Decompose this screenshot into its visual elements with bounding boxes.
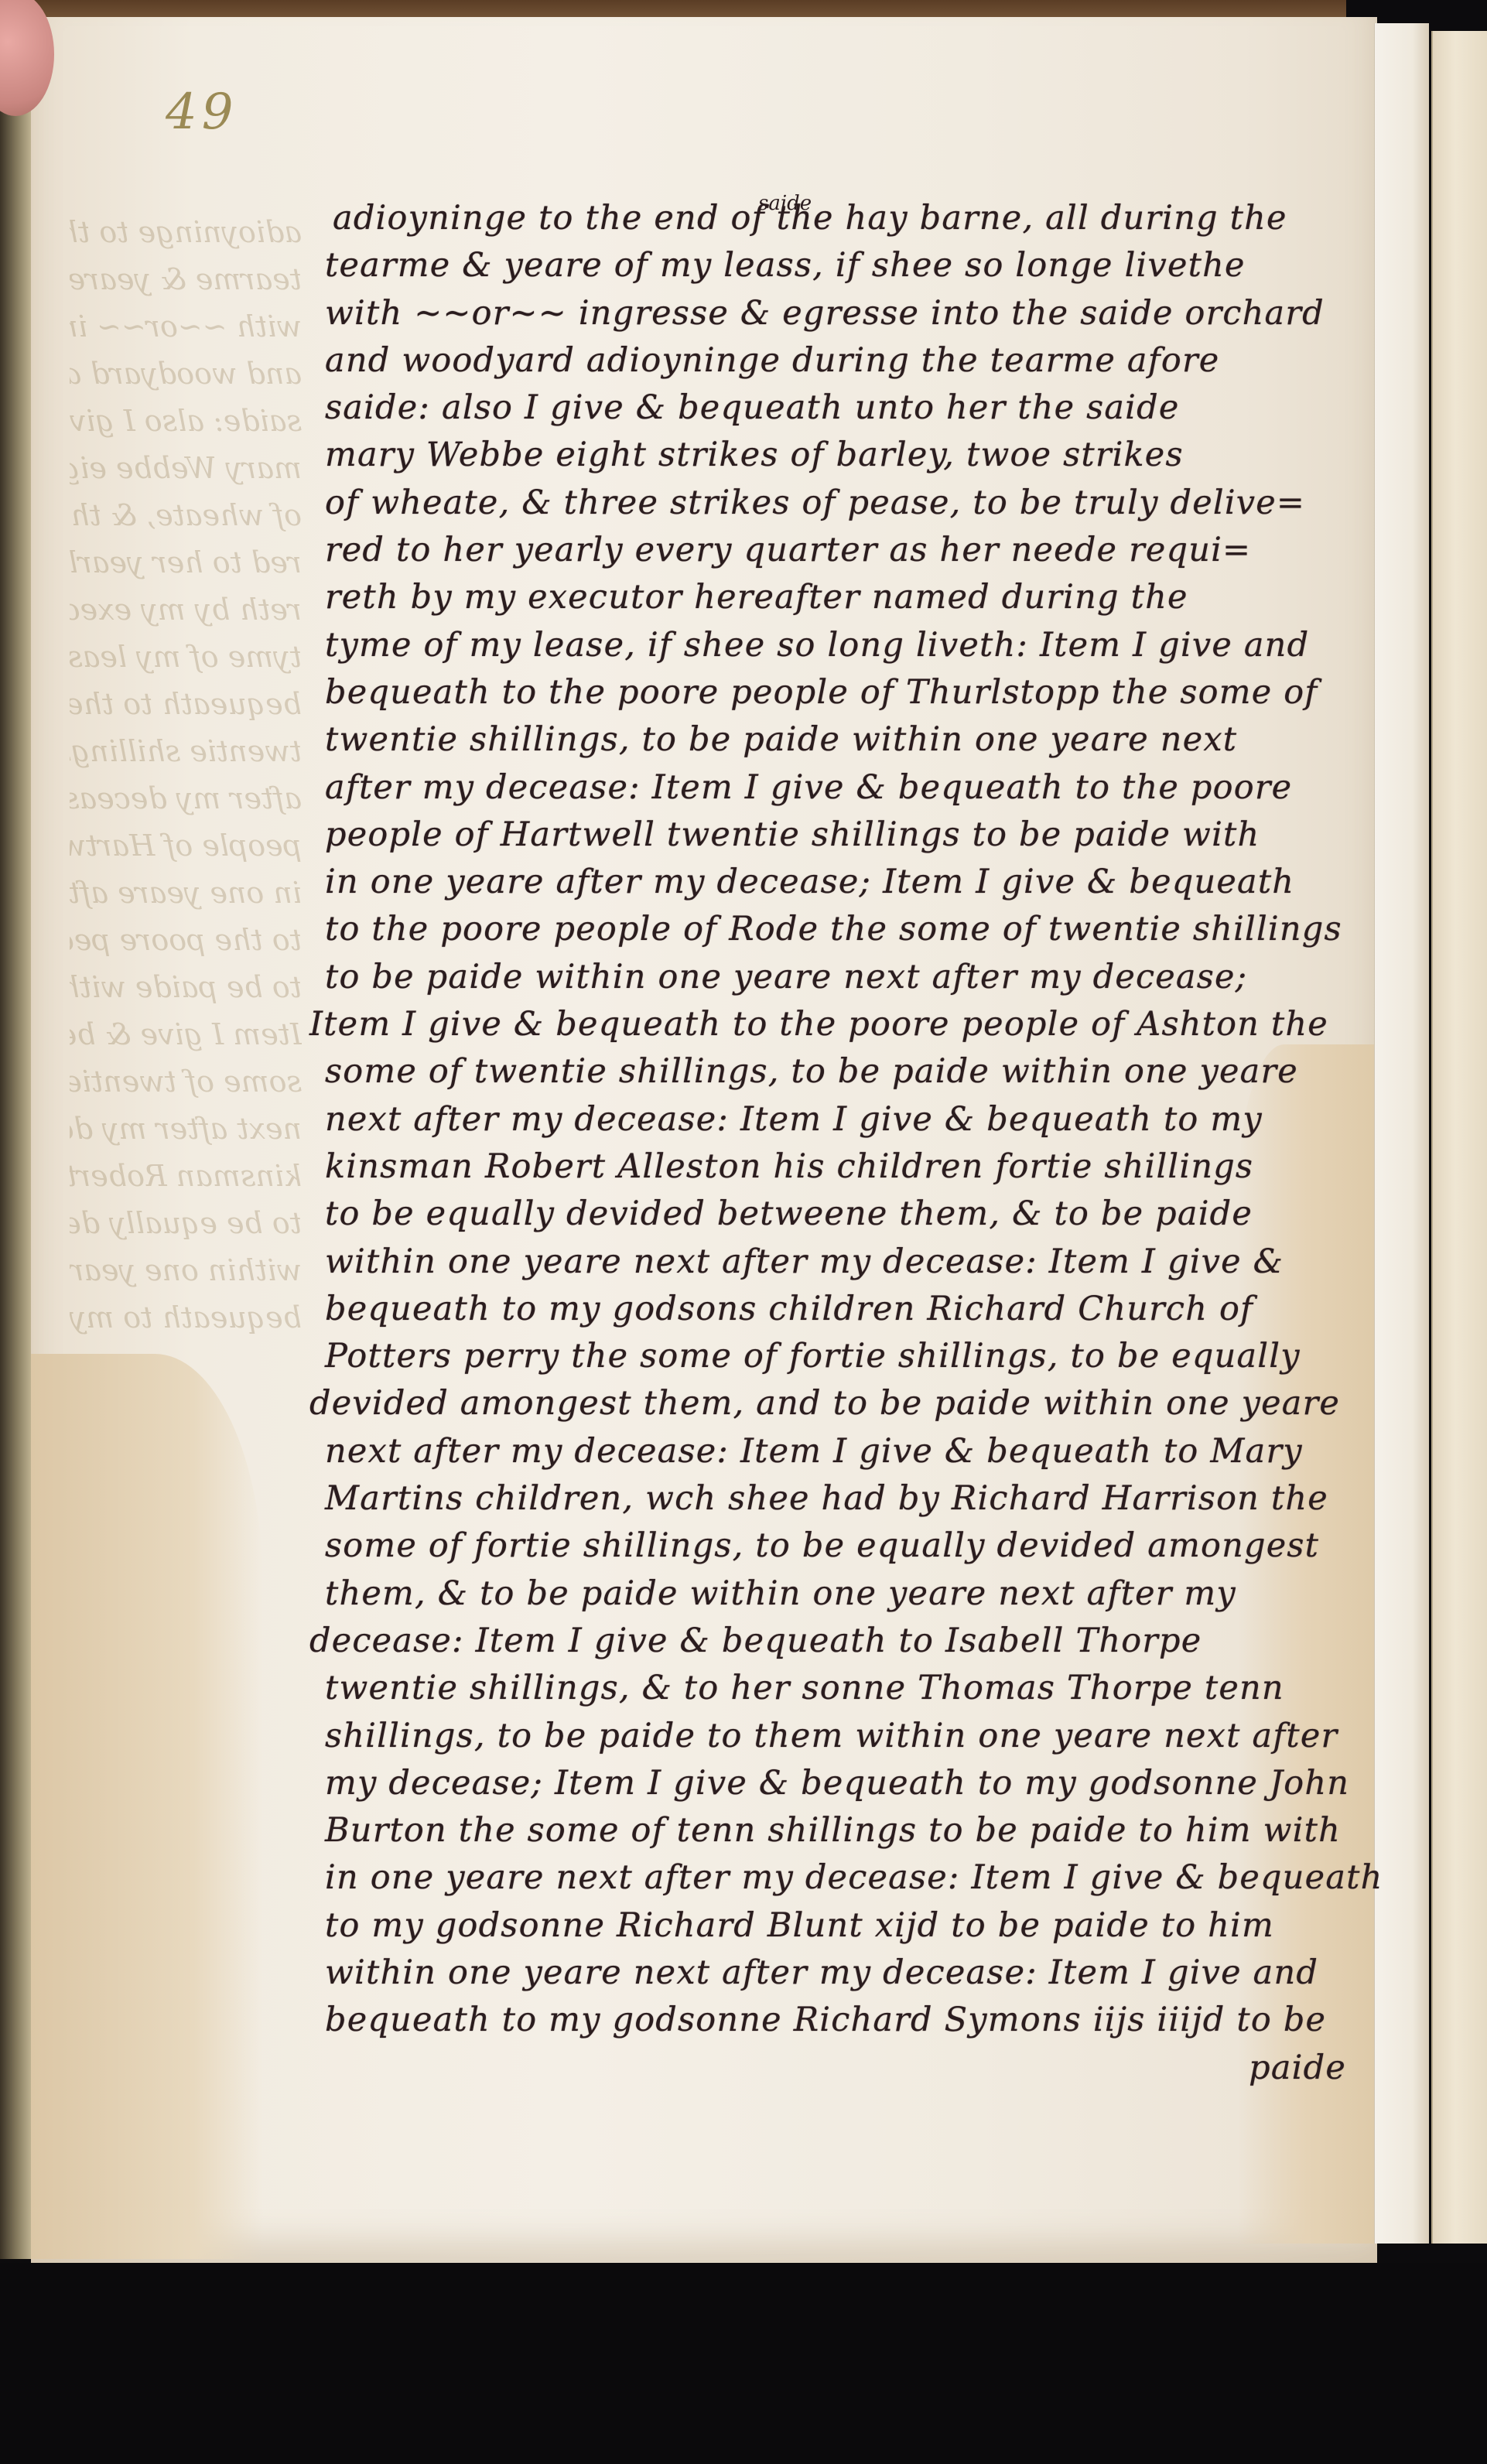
manuscript-line: saide: also I give & bequeath unto her t… bbox=[325, 384, 1377, 432]
manuscript-line: to my godsonne Richard Blunt xijd to be … bbox=[325, 1902, 1377, 1950]
manuscript-line: red to her yearly every quarter as her n… bbox=[325, 527, 1377, 574]
manuscript-line: shillings, to be paide to them within on… bbox=[325, 1713, 1377, 1760]
folio-number: 49 bbox=[166, 84, 238, 141]
manuscript-line: my decease; Item I give & bequeath to my… bbox=[325, 1760, 1377, 1807]
manuscript-line: bequeath to my godsons children Richard … bbox=[325, 1286, 1377, 1333]
manuscript-line: Potters perry the some of fortie shillin… bbox=[325, 1333, 1377, 1380]
manuscript-line: bequeath to the poore people of Thurlsto… bbox=[325, 669, 1377, 716]
manuscript-line: people of Hartwell twentie shillings to … bbox=[325, 812, 1377, 859]
manuscript-line: next after my decease: Item I give & beq… bbox=[325, 1428, 1377, 1475]
manuscript-line: to be paide within one yeare next after … bbox=[325, 954, 1377, 1001]
manuscript-line: Item I give & bequeath to the poore peop… bbox=[309, 1001, 1377, 1048]
manuscript-line: tyme of my lease, if shee so long liveth… bbox=[325, 622, 1377, 669]
adjacent-page-edge bbox=[1431, 31, 1487, 2244]
manuscript-line: with ~~or~~ ingresse & egresse into the … bbox=[325, 290, 1377, 337]
manuscript-line: Burton the some of tenn shillings to be … bbox=[325, 1807, 1377, 1854]
manuscript-line: after my decease: Item I give & bequeath… bbox=[325, 764, 1377, 812]
manuscript-line: within one yeare next after my decease: … bbox=[325, 1950, 1377, 1997]
manuscript-line: next after my decease: Item I give & beq… bbox=[325, 1096, 1377, 1143]
manuscript-line: twentie shillings, & to her sonne Thomas… bbox=[325, 1665, 1377, 1712]
manuscript-line: in one yeare after my decease; Item I gi… bbox=[325, 859, 1377, 906]
page-edge-fold bbox=[1374, 23, 1429, 2244]
manuscript-line: reth by my executor hereafter named duri… bbox=[325, 574, 1377, 621]
manuscript-line: adioyninge to the end of the hay barne, … bbox=[325, 195, 1377, 242]
manuscript-line: kinsman Robert Alleston his children for… bbox=[325, 1143, 1377, 1191]
manuscript-line: to be equally devided betweene them, & t… bbox=[325, 1191, 1377, 1238]
manuscript-line: within one yeare next after my decease: … bbox=[325, 1239, 1377, 1286]
manuscript-line: and woodyard adioyninge during the tearm… bbox=[325, 337, 1377, 384]
manuscript-text-block: saide adioyninge to the end of the hay b… bbox=[325, 195, 1377, 2092]
dark-background bbox=[0, 2263, 1487, 2464]
manuscript-line: to the poore people of Rode the some of … bbox=[325, 906, 1377, 953]
catchword: paide bbox=[325, 2045, 1377, 2092]
manuscript-line: mary Webbe eight strikes of barley, twoe… bbox=[325, 432, 1377, 479]
manuscript-line: of wheate, & three strikes of pease, to … bbox=[325, 480, 1377, 527]
manuscript-line: them, & to be paide within one yeare nex… bbox=[325, 1570, 1377, 1618]
manuscript-line: tearme & yeare of my leass, if shee so l… bbox=[325, 242, 1377, 289]
water-stain-left bbox=[31, 1354, 263, 2259]
manuscript-line: devided amongest them, and to be paide w… bbox=[309, 1380, 1377, 1427]
interlinear-insertion: saide bbox=[758, 192, 812, 215]
manuscript-line: some of fortie shillings, to be equally … bbox=[325, 1522, 1377, 1570]
manuscript-line: twentie shillings, to be paide within on… bbox=[325, 716, 1377, 764]
show-through-text: adioyninge to the end of the hay barne, … bbox=[70, 209, 302, 1341]
manuscript-line: some of twentie shillings, to be paide w… bbox=[325, 1048, 1377, 1095]
manuscript-line: Martins children, wch shee had by Richar… bbox=[325, 1475, 1377, 1522]
manuscript-line: bequeath to my godsonne Richard Symons i… bbox=[325, 1997, 1377, 2044]
manuscript-line: decease: Item I give & bequeath to Isabe… bbox=[309, 1618, 1377, 1665]
manuscript-line: in one yeare next after my decease: Item… bbox=[325, 1854, 1377, 1902]
